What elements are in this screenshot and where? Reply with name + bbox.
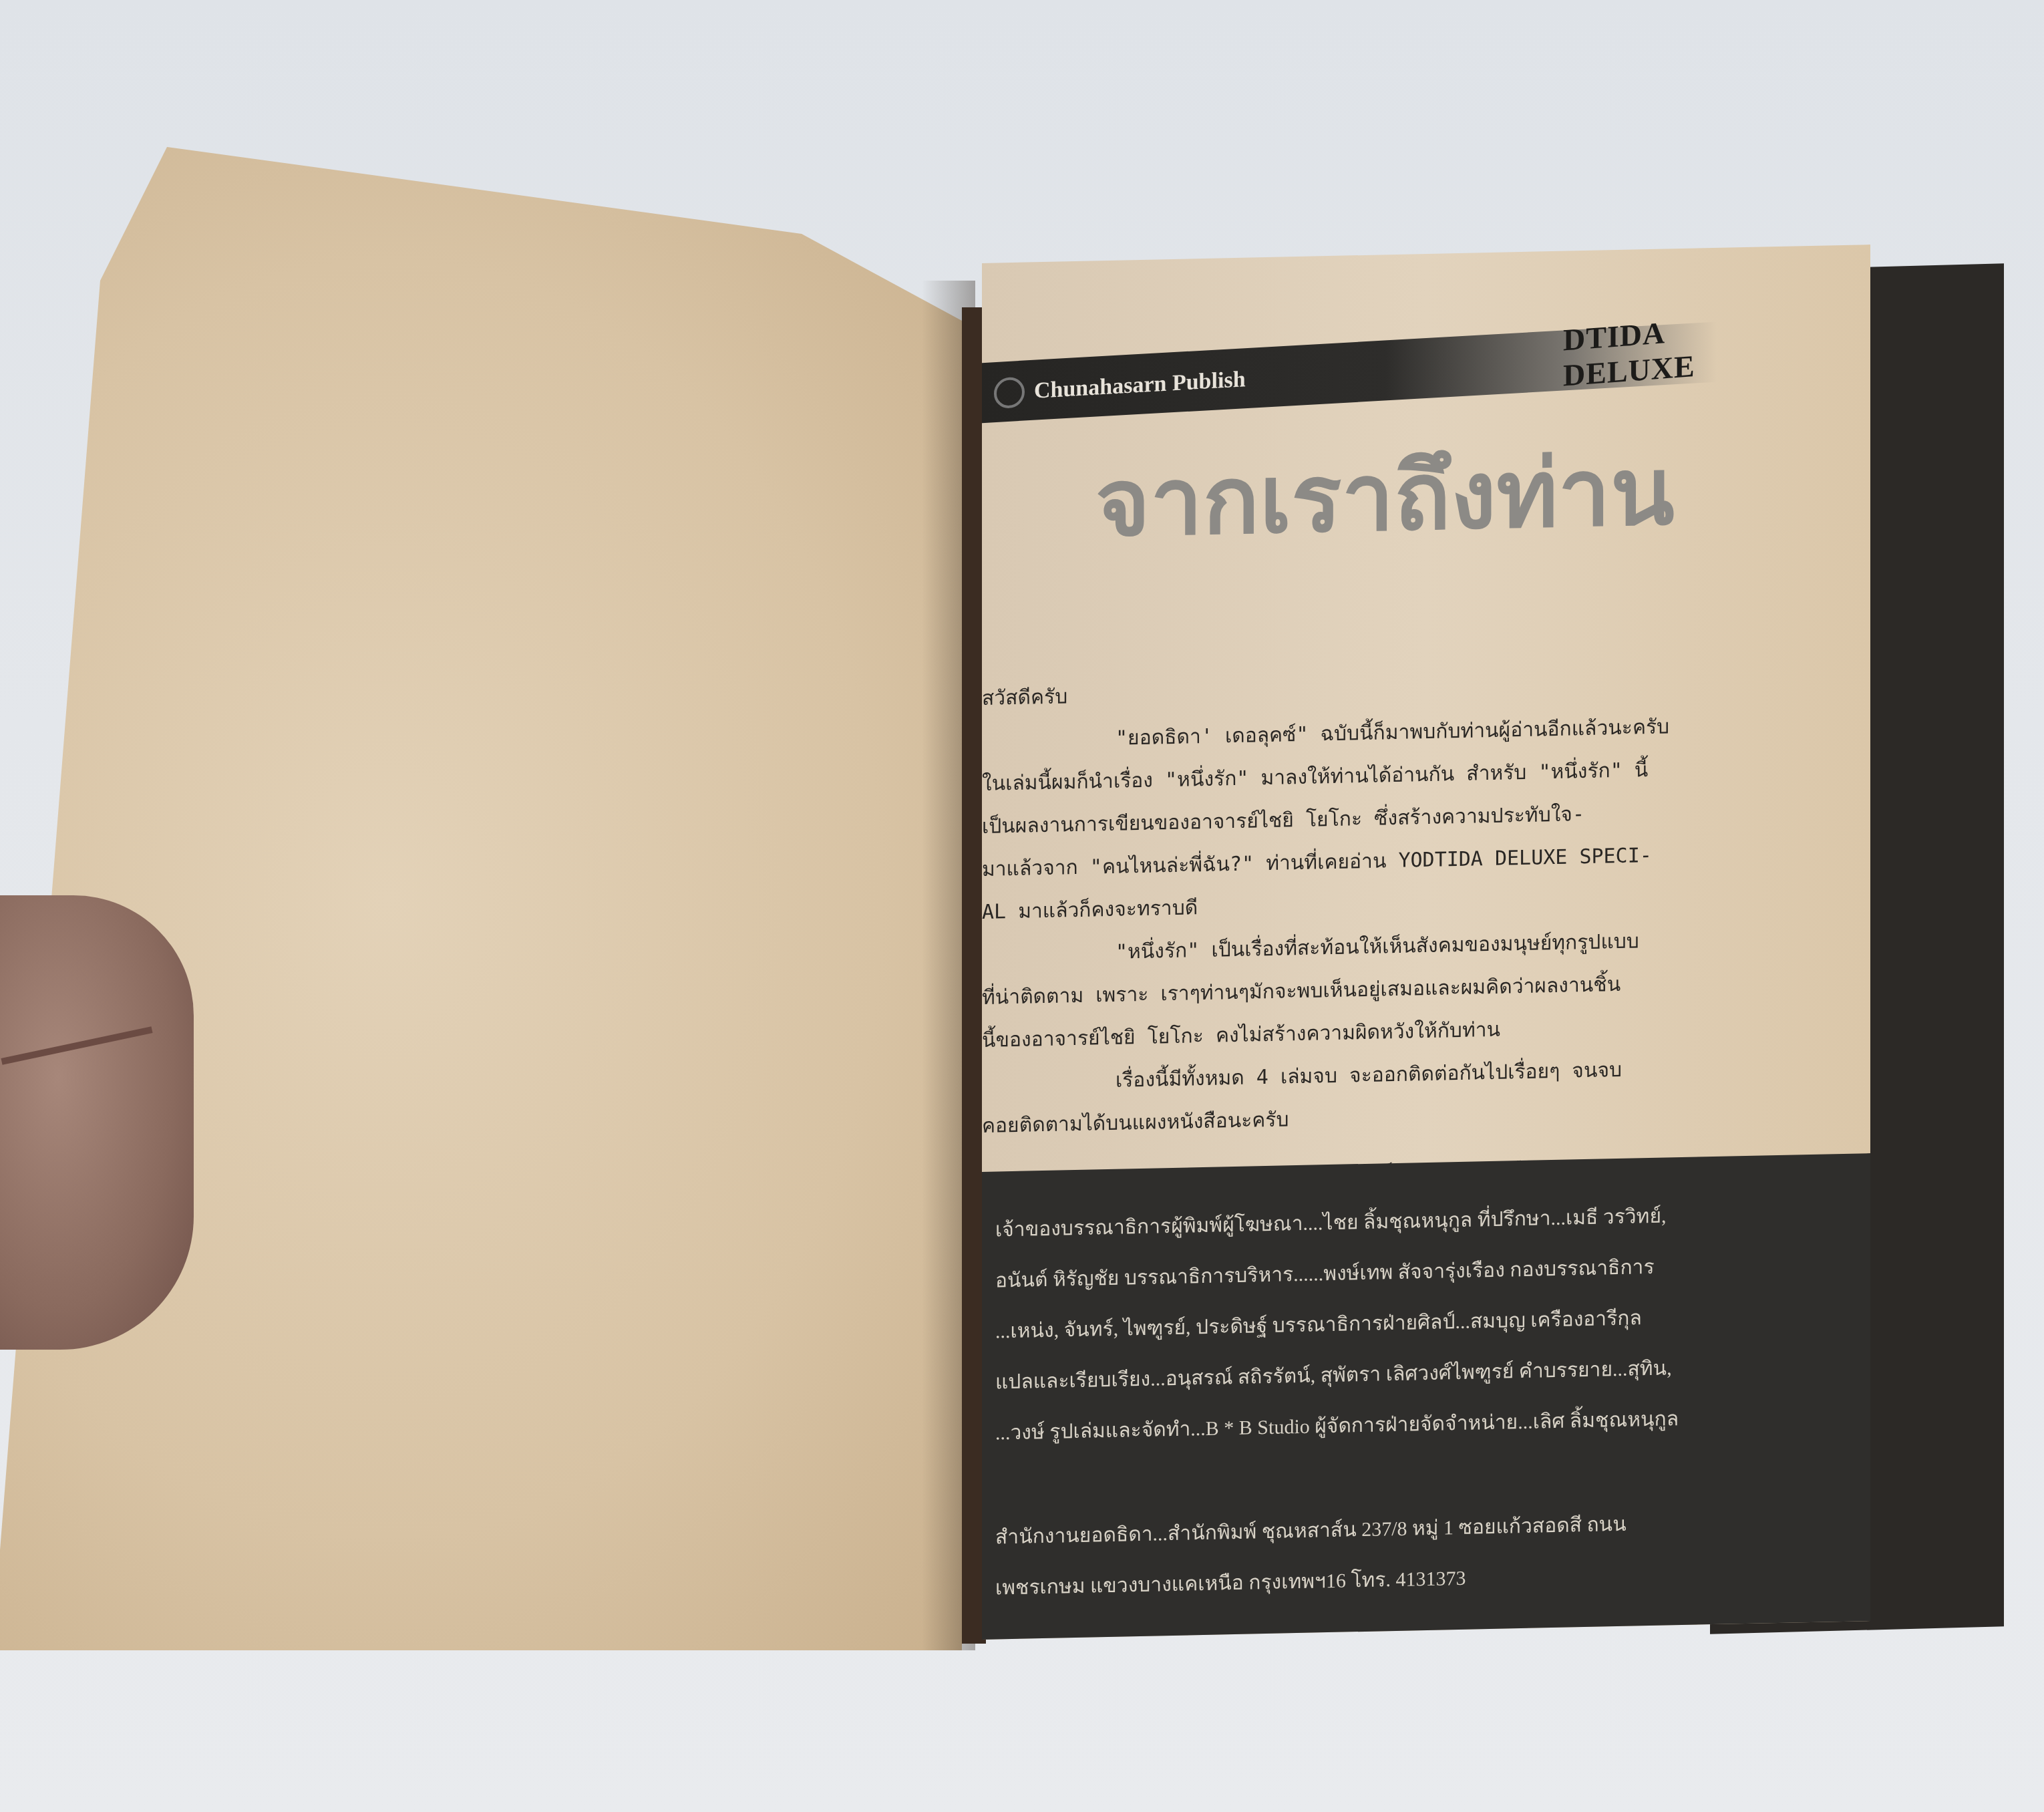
- series-title: DTIDA DELUXE: [1563, 311, 1717, 394]
- editorial-letter: สวัสดีครับ "ยอดธิดา' เดอลุคซ์" ฉบับนี้ก็…: [982, 659, 1830, 1204]
- publisher-name: Chunahasarn Publish: [1034, 367, 1246, 404]
- publisher-logo-icon: [994, 377, 1025, 410]
- page-heading: จากเราถึงท่าน: [1095, 416, 1675, 577]
- right-page: Chunahasarn Publish DTIDA DELUXE จากเราถ…: [982, 245, 1870, 1640]
- credits-box: เจ้าของบรรณาธิการผู้พิมพ์ผู้โฆษณา....ไชย…: [982, 1153, 1870, 1640]
- left-page-blank: [0, 147, 969, 1650]
- publisher-banner: Chunahasarn Publish DTIDA DELUXE: [982, 322, 1717, 423]
- hand-holding-page: [0, 895, 194, 1350]
